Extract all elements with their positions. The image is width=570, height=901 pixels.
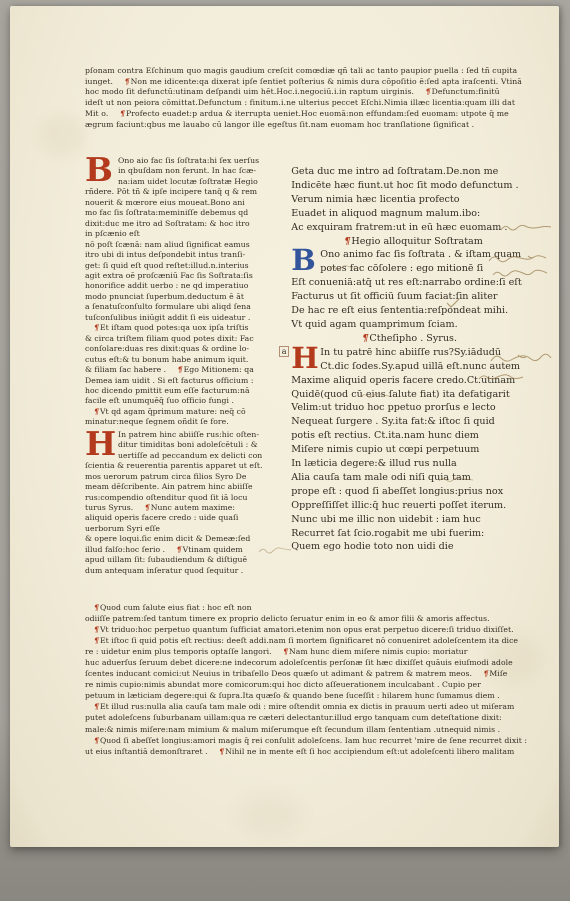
commentary-line: ægrum faciunt:qbus me lauabo cū langor i… — [85, 120, 555, 131]
lombard-initial-H-red: H — [85, 430, 118, 461]
commentary-line: nō poſt ſcænā: nam aliud ſignificat eamu… — [85, 240, 287, 250]
commentary-line: in pſcænio eſt — [85, 229, 287, 239]
commentary-line: hoc dicendo pmittit eum eſſe facturum:nā — [85, 386, 287, 396]
commentary-line: ¶Quod ſi abeſſet longius:amori magis q̄ … — [85, 735, 559, 746]
commentary-line: ideſt ut non peiora cōmittat.Defunctum :… — [85, 98, 555, 109]
paragraph-mark: ¶ — [124, 77, 131, 86]
commentary-line: dixit:duc me itro ad Soſtratam: & hoc it… — [85, 219, 287, 229]
verse-line: Geta duc me intro ad ſoſtratam.De.non me — [291, 165, 555, 179]
commentary-line: facile eſt unumquēq̄ ſuo officio fungi . — [85, 396, 287, 406]
commentary-line: ¶Et illud rus:nulla alia cauſa tam male … — [85, 701, 559, 712]
verse-line: Facturus ut ſit officiū ſuum faciat:ſin … — [291, 290, 555, 304]
bottom-commentary-block: ¶Quod cum ſalute eius fiat : hoc eſt non… — [85, 602, 559, 757]
paragraph-mark: ¶ — [144, 503, 151, 512]
commentary-line: turus Syrus. ¶Nunc autem maxime: — [85, 503, 287, 513]
paragraph-mark: ¶ — [176, 545, 183, 554]
verse-block-1: Geta duc me intro ad ſoſtratam.De.non me… — [291, 165, 555, 235]
commentary-line: modo pnunciat ſuperbum.deductum ē āt — [85, 292, 287, 302]
commentary-line: male:& nimis miſere:nam mimium & malum m… — [85, 724, 559, 735]
verse-line: Indicēte hæc fiunt.ut hoc ſit modo defun… — [291, 179, 555, 193]
verse-line: Ac exquiram fratrem:ut in eū hæc euomam … — [291, 221, 555, 235]
verse-line: Euadet in aliquod magnum malum.ibo: — [291, 207, 555, 221]
scene-heading-ctesipho: ¶Ctheſipho . Syrus. — [291, 332, 555, 346]
paragraph-mark: ¶ — [282, 647, 289, 656]
commentary-line: agit extra oē proſcæniū Fac ſis Soſtrata… — [85, 271, 287, 281]
verse-line: Ono animo fac ſis ſoſtrata . & iſtam qua… — [291, 248, 555, 262]
commentary-line: apud uillam ſit: ſubaudiendum & diſtiguē — [85, 555, 287, 565]
commentary-line: odiiſſe patrem:ſed tantum timere ex prop… — [85, 613, 559, 624]
commentary-line: huc aduerſus ſeruum debet dicere:ne inde… — [85, 657, 559, 668]
foxing-spot — [50, 126, 76, 146]
foxing-spot — [250, 806, 290, 824]
commentary-line: tuſconſulibus iniūgit addit ſi eis uidea… — [85, 313, 287, 323]
verse-line: Quidē(quod cū eius ſalute fiat) ita defa… — [291, 388, 555, 402]
commentary-line: & filiam ſac habere . ¶Ego Mitionem: qa — [85, 365, 287, 375]
commentary-line: mo fac ſis ſoſtrata:meminiſſe debemus qd — [85, 208, 287, 218]
commentary-line: get: ſi quid eſt quod reſtet:illud.n.int… — [85, 261, 287, 271]
paragraph-mark: ¶ — [93, 625, 100, 634]
verse-line: Ct.dic ſodes.Sy.apud uillā eſt.nunc aute… — [291, 360, 555, 374]
paragraph-mark: ¶ — [93, 407, 100, 416]
commentary-line: ¶Vt qd agam q̄primum mature: neq̄ cō — [85, 407, 287, 417]
verse-line: Recurret ſat ſcio.rogabit me ubi fuerim: — [291, 527, 555, 541]
incunabulum-page: pſonam contra Eſchinum quo magis gaudium… — [10, 6, 559, 847]
commentary-block-2: H In patrem hinc abiiſſe rus:hic oſten-d… — [85, 430, 287, 576]
commentary-line: ¶Vt triduo:hoc perpetuo quantum ſufficia… — [85, 624, 559, 635]
commentary-block-1: B Ono aio fac ſis ſoſtrata:hi ſex uerſus… — [85, 156, 287, 428]
verse-line: Vt quid agam quamprimum ſciam. — [291, 318, 555, 332]
verse-line: In tu patrē hinc abiiſſe rus?Sy.iādudū — [291, 346, 555, 360]
commentary-line: rus:compendio oſtenditur quod ſit iā loc… — [85, 493, 287, 503]
verse-line: Velim:ut triduo hoc ppetuo prorſus e lec… — [291, 401, 555, 415]
verse-line: potis eſt rectius. Ct.ita.nam hunc diem — [291, 429, 555, 443]
commentary-line: ¶Et iſtam quod potes:qa uox ipſa triſtis — [85, 323, 287, 333]
two-column-area: B Ono aio fac ſis ſoſtrata:hi ſex uerſus… — [85, 156, 555, 576]
paragraph-mark: ¶ — [93, 323, 100, 332]
commentary-line: re : uidetur enim plus temporis optaſſe … — [85, 646, 559, 657]
verse-line: Alia cauſa tam male odi niſi quia tam — [291, 471, 555, 485]
verse-line: Nequeat ſurgere . Sy.ita fat:& iſtoc ſi … — [291, 415, 555, 429]
verse-line: Eſt conueniā:atq̄ ut res eſt:narrabo ord… — [291, 276, 555, 290]
commentary-line: illud falſo:hoc ſerio . ¶Vtinam quidem — [85, 545, 287, 555]
scene-heading-hegio: ¶Hegio alloquitur Soſtratam — [291, 235, 555, 249]
commentary-line: putet adoleſcens ſuburbanam uillam:qua r… — [85, 712, 559, 723]
commentary-line: & opere loqui.ſic enim dicit & Demeæ:ſed — [85, 534, 287, 544]
paragraph-mark: ¶ — [482, 669, 489, 678]
commentary-line: rñdere. Pōt tñ & ipſe incipere tanq̄ q &… — [85, 187, 287, 197]
commentary-line: honorifice addit uerbo : ne qd imperatiu… — [85, 281, 287, 291]
verse-line: prope eſt : quod ſi abeſſet longius:priu… — [291, 485, 555, 499]
top-commentary-block: pſonam contra Eſchinum quo magis gaudium… — [85, 66, 555, 130]
guide-letter-a: a — [279, 346, 289, 357]
verse-line: Maxime aliquid operis facere credo.Ct.ut… — [291, 374, 555, 388]
commentary-line: Demea iam uidit . Si eſt facturus offici… — [85, 376, 287, 386]
lombard-initial-H-red: H — [291, 346, 320, 373]
paragraph-mark: ¶ — [93, 736, 100, 745]
verse-line: Oppreſſiſſet illic:q̄ huc reuerti poſſet… — [291, 499, 555, 513]
verse-line: In læticia degere:& illud rus nulla — [291, 457, 555, 471]
paragraph-mark: ¶ — [119, 109, 126, 118]
commentary-line: conſolare:duas res dixit:quas & ordine l… — [85, 344, 287, 354]
lombard-initial-B-red: B — [85, 156, 118, 187]
paragraph-mark: ¶ — [93, 636, 100, 645]
paragraph-mark: ¶ — [218, 747, 225, 756]
commentary-line: dum antequam inſeratur quod ſequitur . — [85, 566, 287, 576]
lombard-initial-B-blue: B — [291, 248, 320, 275]
paragraph-mark: ¶ — [93, 603, 100, 612]
commentary-line: ¶Et iſtoc ſi quid potis eſt rectius: dee… — [85, 635, 559, 646]
commentary-line: ſcientia & reuerentia parentis apparet u… — [85, 461, 287, 471]
commentary-column: B Ono aio fac ſis ſoſtrata:hi ſex uerſus… — [85, 156, 287, 576]
paragraph-mark: ¶ — [177, 365, 184, 374]
commentary-line: mos uerorum patrum circa filios Syro De — [85, 472, 287, 482]
commentary-line: re nimis cupio:nimis abundat more comico… — [85, 679, 559, 690]
verse-line: Quem ego hodie toto non uidi die — [291, 540, 555, 554]
verse-block-3: a H In tu patrē hinc abiiſſe rus?Sy.iādu… — [291, 346, 555, 555]
paragraph-mark: ¶ — [425, 87, 432, 96]
paragraph-mark: ¶ — [93, 702, 100, 711]
book-photograph: pſonam contra Eſchinum quo magis gaudium… — [0, 0, 570, 901]
commentary-line: a ſenatuſconſulto formulare ubi aliqd ſe… — [85, 302, 287, 312]
verse-line: Nunc ubi me illic non uidebit : iam huc — [291, 513, 555, 527]
main-text-column: Geta duc me intro ad ſoſtratam.De.non me… — [291, 156, 555, 576]
commentary-line: pſonam contra Eſchinum quo magis gaudium… — [85, 66, 555, 77]
commentary-line: petuum in læticiam degere:qui & ſupra.It… — [85, 690, 559, 701]
commentary-line: Mit o. ¶Profecto euadet:p ardua & iterru… — [85, 109, 555, 120]
commentary-line: hoc modo ſit defunctū:utinam deſpandi ui… — [85, 87, 555, 98]
commentary-line: & circa triſtem filiam quod potes dixit:… — [85, 334, 287, 344]
verse-line: potes fac cōſolere : ego mitionē ſi — [291, 262, 555, 276]
commentary-line: meam dēſcribente. Ain patrem hinc abiiſſ… — [85, 482, 287, 492]
commentary-line: ut eius inſtantiā demonſtraret . ¶Nihil … — [85, 746, 559, 757]
verse-line: Verum nimia hæc licentia profecto — [291, 193, 555, 207]
commentary-line: uerborum Syri eſſe — [85, 524, 287, 534]
verse-line: Miſere nimis cupio ut cœpi perpetuum — [291, 443, 555, 457]
verse-line: De hac re eſt eius ſententia:reſpondeat … — [291, 304, 555, 318]
commentary-line: itro ubi di intus deſpondebit intus tran… — [85, 250, 287, 260]
verse-block-2: B Ono animo fac ſis ſoſtrata . & iſtam q… — [291, 248, 555, 331]
commentary-line: cutus eſt:& tu bonum habe animum iquit. — [85, 355, 287, 365]
commentary-line: ¶Quod cum ſalute eius fiat : hoc eſt non — [85, 602, 559, 613]
commentary-line: ſcentes inducant comici:ut Neuius in tri… — [85, 668, 559, 679]
commentary-line: aliquid operis facere credo : uide quaſi — [85, 513, 287, 523]
commentary-line: iunget. ¶Non me idicente:qa dixerat ipſe… — [85, 77, 555, 88]
commentary-line: nouerit & mœrore eius moueat.Bono ani — [85, 198, 287, 208]
